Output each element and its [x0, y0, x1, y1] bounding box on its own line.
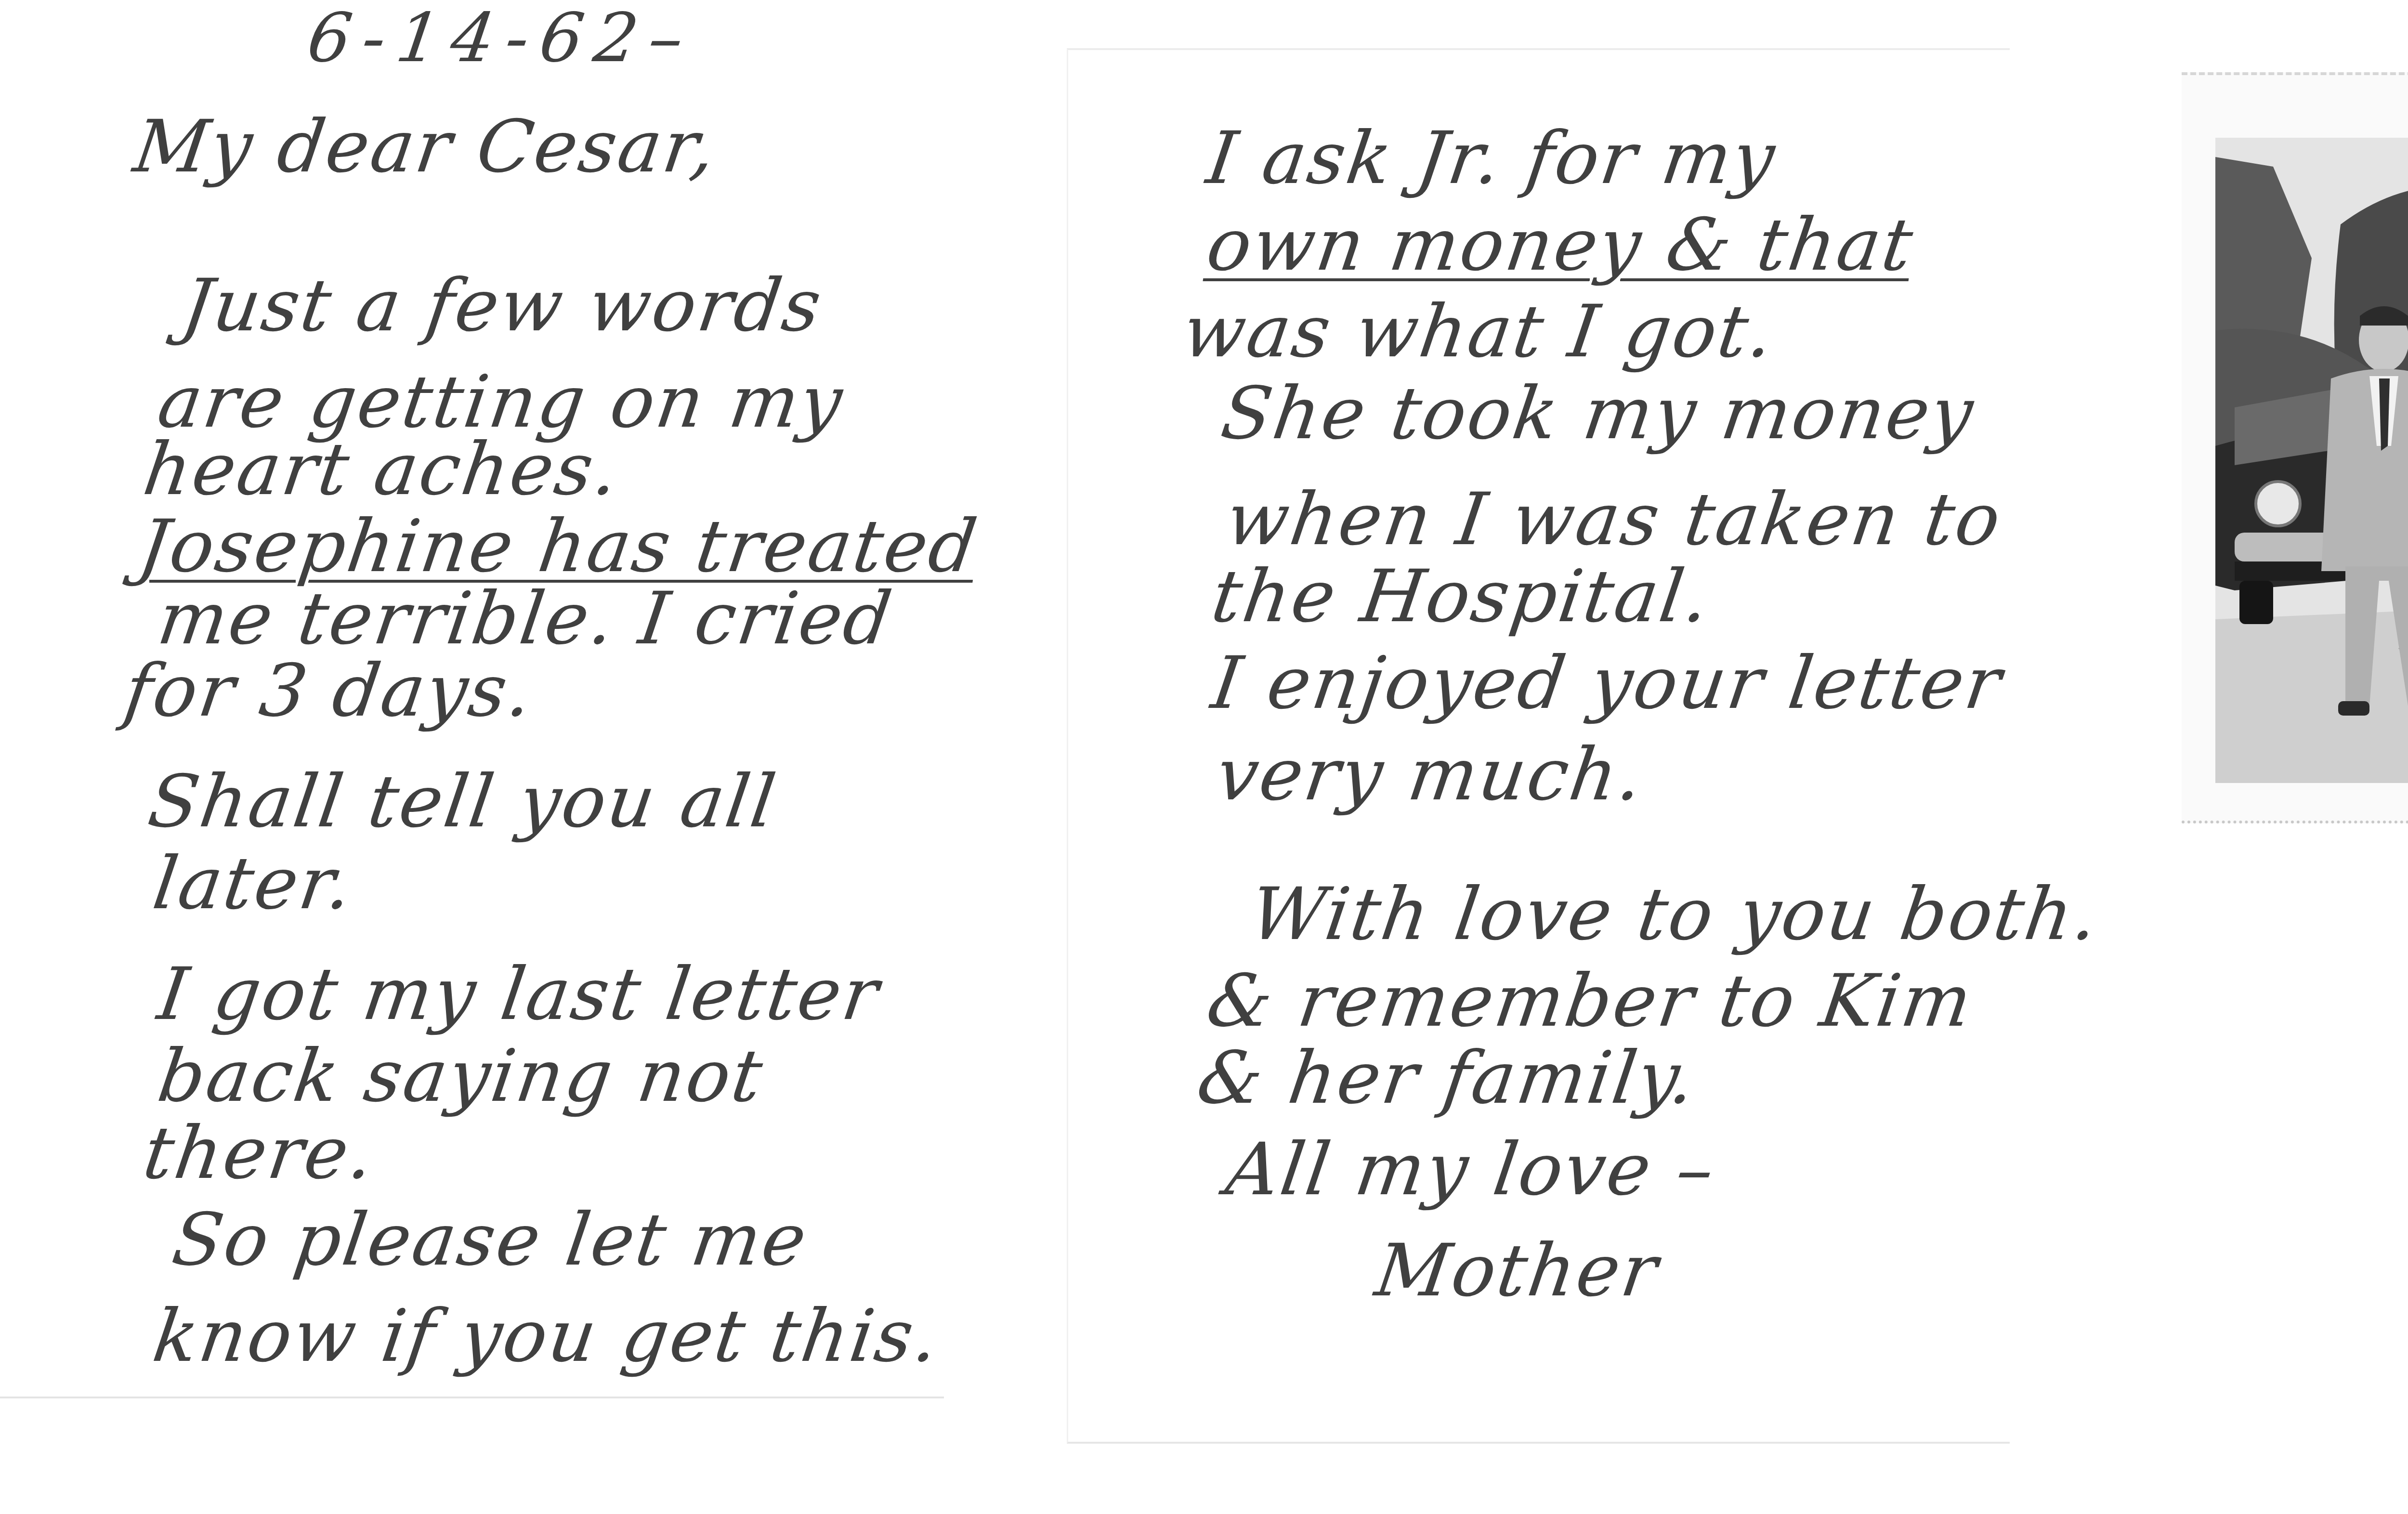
letter-line: was what I got.	[1178, 296, 1779, 368]
photo-card	[2182, 72, 2408, 823]
letter-line: Shall tell you all	[144, 766, 781, 838]
closing: All my love –	[1222, 1134, 1720, 1206]
letter-line: With love to you both.	[1246, 878, 2104, 951]
snapshot-photo	[2215, 138, 2408, 783]
letter-line: very much.	[1212, 739, 1649, 811]
letter-line: back saying not	[154, 1040, 768, 1112]
letter-line: I got my last letter	[154, 958, 884, 1031]
letter-line: later.	[149, 848, 358, 920]
letter-line: So please let me	[168, 1204, 812, 1276]
letter-line: She took my money	[1217, 378, 1979, 450]
letter-page-1: 6-14-62– My dear Cesar, Just a few words…	[0, 0, 944, 1398]
letter-line: know if you get this.	[149, 1300, 944, 1372]
signature: Mother	[1371, 1235, 1663, 1307]
letter-line: heart aches.	[139, 433, 624, 506]
letter-line: I enjoyed your letter	[1207, 647, 2007, 719]
photo-image	[2215, 138, 2408, 783]
letter-line-underlined: Josephine has treated	[134, 510, 982, 583]
letter-date: 6-14-62–	[303, 5, 699, 72]
letter-line: I ask Jr. for my	[1203, 122, 1780, 195]
letter-line: when I was taken to	[1222, 483, 2006, 556]
letter-line-underlined: own money & that	[1203, 209, 1918, 281]
letter-line: me terrible. I cried	[154, 583, 897, 655]
salutation: My dear Cesar,	[130, 111, 722, 183]
letter-line: & remember to Kim	[1203, 965, 1977, 1037]
letter-line: Just a few words	[178, 270, 827, 342]
letter-line: there.	[139, 1117, 380, 1189]
letter-line: & her family.	[1193, 1042, 1701, 1114]
letter-line: for 3 days.	[120, 655, 538, 727]
letter-page-2: I ask Jr. for my own money & that was wh…	[1067, 48, 2010, 1444]
letter-line: the Hospital.	[1207, 561, 1715, 633]
